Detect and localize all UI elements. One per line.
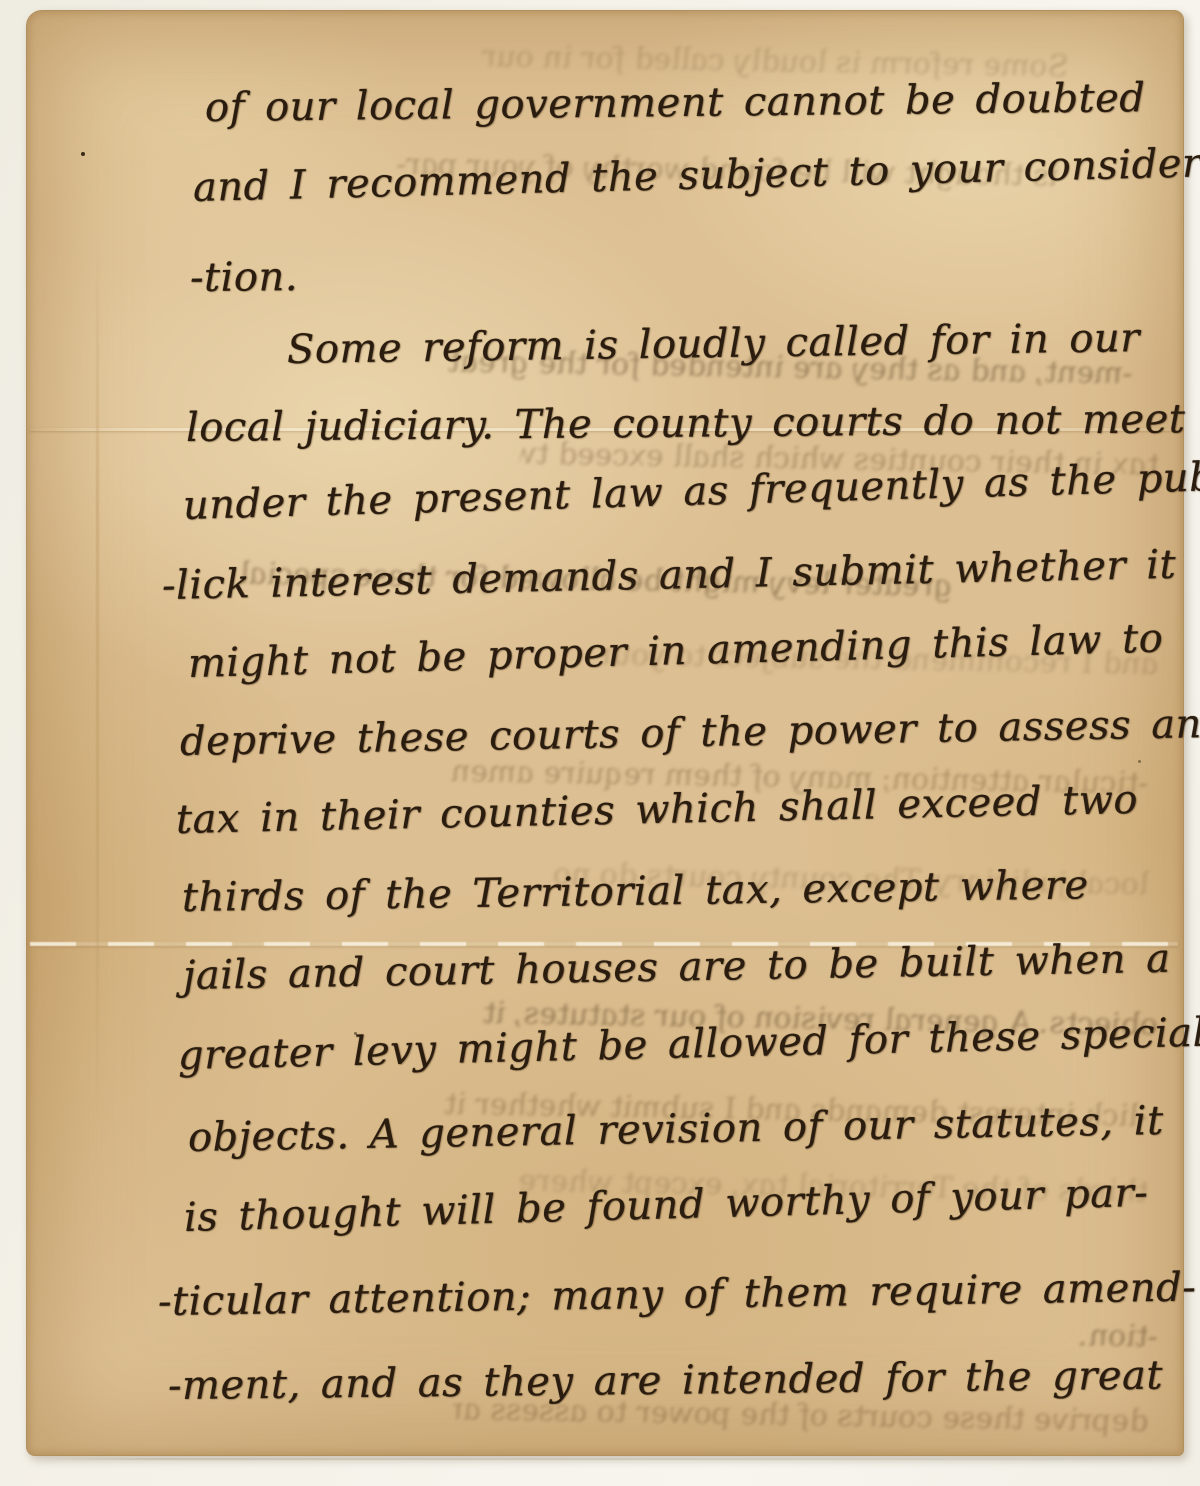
- manuscript-line: thirds of the Territorial tax, except wh…: [182, 865, 1089, 918]
- manuscript-line: -tion.: [190, 257, 298, 298]
- ink-speck: [1138, 760, 1141, 763]
- manuscript-line: of our local government cannot be doubte…: [205, 78, 1146, 128]
- scan-background: Some reform is loudly called for in our …: [0, 0, 1200, 1486]
- backing-sheet-edge: [40, 1458, 1160, 1460]
- manuscript-line: -ment, and as they are intended for the …: [168, 1356, 1163, 1406]
- manuscript-line: local judiciary. The county courts do no…: [186, 399, 1186, 448]
- manuscript-line paragraph-start: Some reform is loudly called for in our: [287, 318, 1140, 370]
- ink-speck: [81, 152, 85, 156]
